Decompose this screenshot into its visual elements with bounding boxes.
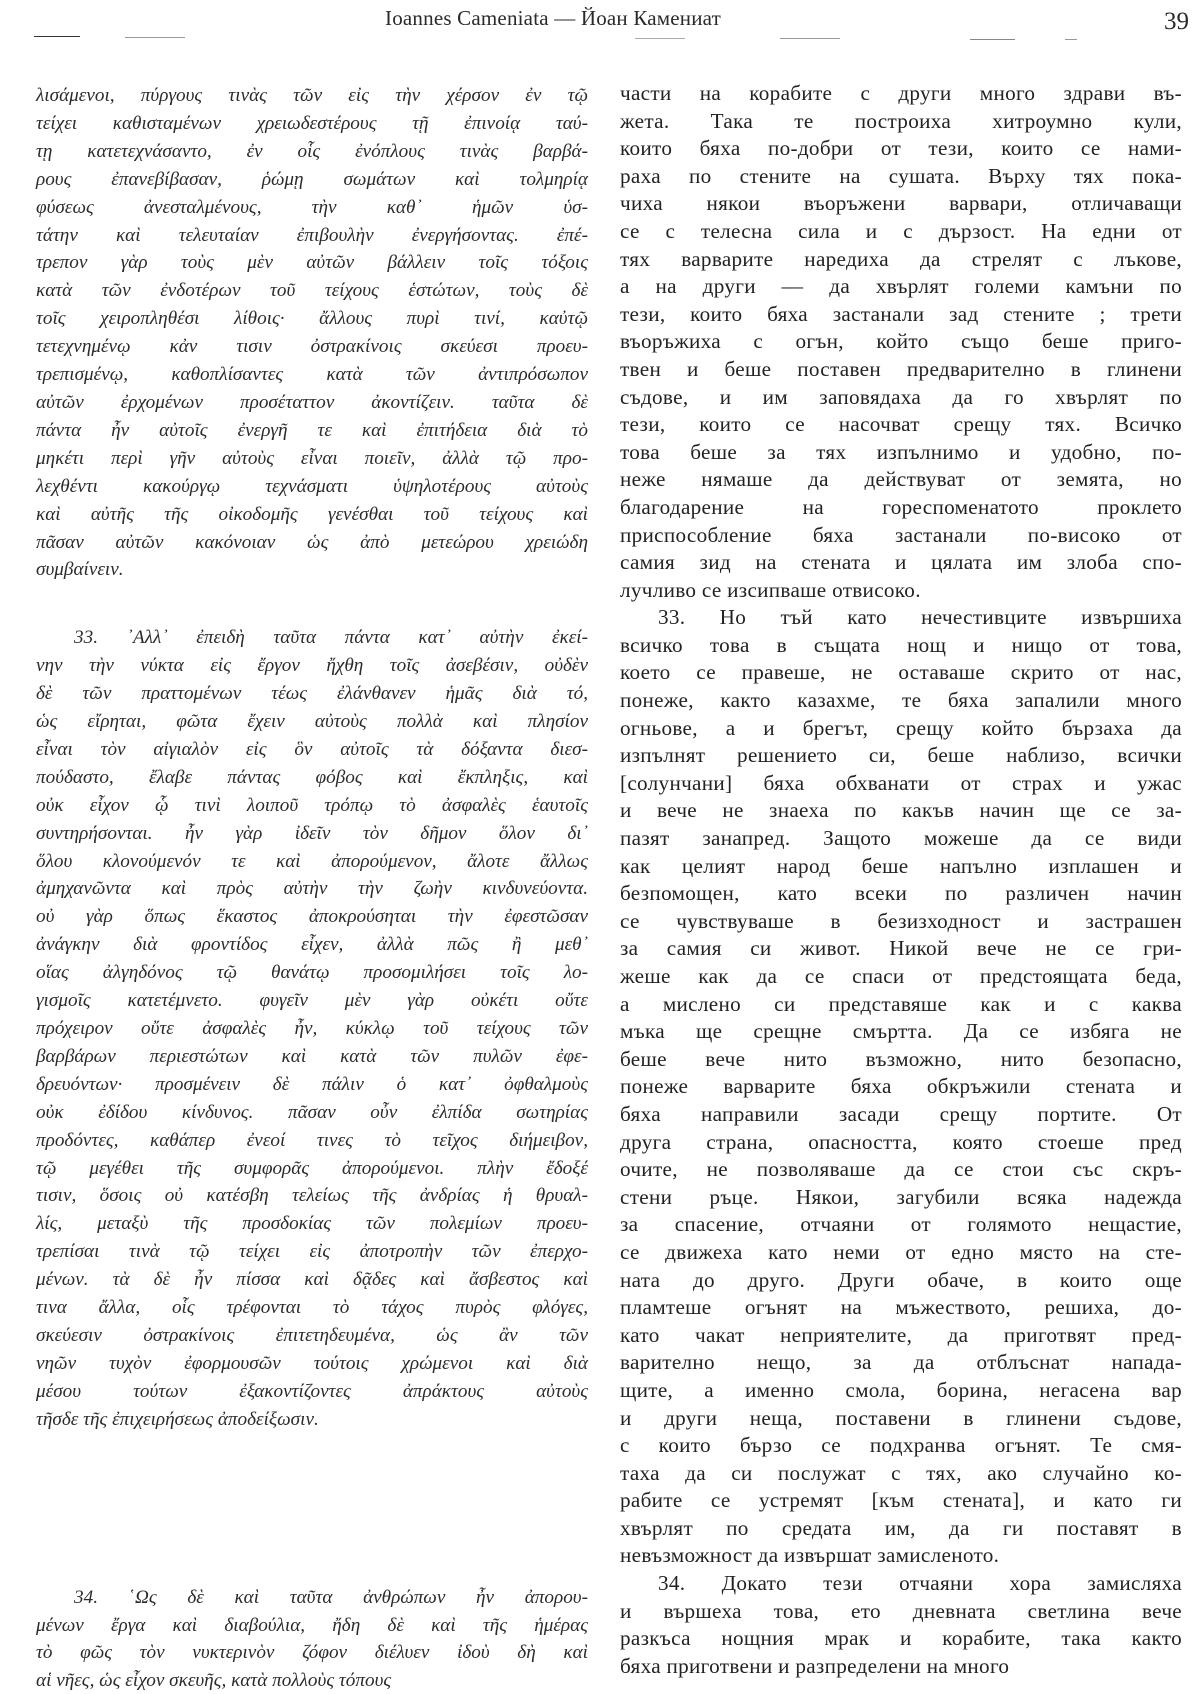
text-line: οἵας ἀλγηδόνος τῷ θανάτῳ προσομιλήσει το…: [36, 959, 588, 987]
text-line: αὐτῶν ἐρχομένων προσέταττον ἀκοντίζειν. …: [36, 389, 588, 417]
text-line: πρόχειρον οὔτε ἀσφαλὲς ἦν, κύκλῳ τοῦ τεί…: [36, 1015, 588, 1043]
greek-paragraph-34: 34. ῾Ως δὲ καὶ ταῦτα ἀνθρώπων ἦν ἀπορου-…: [36, 1584, 588, 1694]
text-line: бяха приготвени и разпределени на много: [620, 1653, 1182, 1681]
text-line: ἀνάγκην διὰ φροντίδος εἶχεν, ἀλλὰ πῶς ἢ …: [36, 931, 588, 959]
bulgarian-paragraph-continued: части на корабите с други много здрави в…: [620, 80, 1182, 604]
page-number: 39: [1164, 8, 1189, 36]
text-line: друга страна, опасността, която стоеше п…: [620, 1129, 1182, 1157]
text-line: благодарение на гореспоменатото проклето: [620, 494, 1182, 522]
text-line: ната до друго. Други обаче, в които още: [620, 1267, 1182, 1295]
text-line: раха по стените на сушата. Върху тях пок…: [620, 163, 1182, 191]
text-line: τὸ φῶς τὸν νυκτερινὸν ζόφον διέλυεν ἰδοὺ…: [36, 1639, 588, 1667]
text-line: τινα ἄλλα, οἷς τρέφονται τὸ τάχος πυρὸς …: [36, 1294, 588, 1322]
text-line: се чувствуваше в безизходност и застраше…: [620, 908, 1182, 936]
text-line: жеше как да се спаси от предстоящата бед…: [620, 963, 1182, 991]
text-line: οὐ γὰρ ὅπως ἕκαστος ἀποκρούσηται τὴν ἐφε…: [36, 903, 588, 931]
greek-paragraph-continued: λισάμενοι, πύργους τινὰς τῶν εἰς τὴν χέρ…: [36, 82, 588, 584]
text-line: таха да си послужат с тях, ако случайно …: [620, 1460, 1182, 1488]
text-line: понеже варварите бяха обкръжили стената …: [620, 1073, 1182, 1101]
text-line: λίς, μεταξὺ τῆς προσδοκίας τῶν πολεμίων …: [36, 1210, 588, 1238]
text-line: а на други –– да хвърлят големи камъни п…: [620, 273, 1182, 301]
text-line: λισάμενοι, πύργους τινὰς τῶν εἰς τὴν χέρ…: [36, 82, 588, 110]
text-line: рабите се устремят [към стената], и като…: [620, 1487, 1182, 1515]
text-line: εἶναι τὸν αἰγιαλὸν εἰς ὃν αὐτοῖς τὰ δόξα…: [36, 736, 588, 764]
text-line: за спасение, отчаяни от голямото нещасти…: [620, 1211, 1182, 1239]
text-line: συντηρήσονται. ἦν γὰρ ἰδεῖν τὸν δῆμον ὅλ…: [36, 820, 588, 848]
text-line: τρεπισμένῳ, καθοπλίσαντες κατὰ τῶν ἀντιπ…: [36, 361, 588, 389]
text-line: [солунчани] бяха обхванати от страх и уж…: [620, 770, 1182, 798]
bulgarian-text-column: части на корабите с други много здрави в…: [620, 80, 1182, 1680]
text-line: очите, не позволяваше да се стои със скр…: [620, 1156, 1182, 1184]
text-line: твен и беше поставен предварително в гли…: [620, 356, 1182, 384]
header-rule: [635, 38, 685, 39]
bulgarian-paragraph-33: 33. Но тъй като нечестивците извършихавс…: [620, 604, 1182, 1570]
text-line: въоръжиха с огън, който също беше приго-: [620, 328, 1182, 356]
header-rule: [970, 39, 1015, 40]
text-line: νηῶν τυχὸν ἐφορμουσῶν τούτοις χρώμενοι κ…: [36, 1350, 588, 1378]
text-line: τῆσδε τῆς ἐπιχειρήσεως ἀποδείξωσιν.: [36, 1406, 588, 1434]
text-line: всичко това в същата нощ и нищо от това,: [620, 632, 1182, 660]
text-line: мъка ще срещне смъртта. Да се избяга не: [620, 1018, 1182, 1046]
text-line: ὅλου κλονούμενόν τε καὶ ἀπορούμενον, ἄλο…: [36, 848, 588, 876]
text-line: αἱ νῆες, ὡς εἶχον σκευῆς, κατὰ πολλοὺς τ…: [36, 1667, 588, 1694]
text-line: πᾶσαν αὐτῶν κακόνοιαν ὡς ἀπὸ μετεώρου χρ…: [36, 529, 588, 557]
header-rule: [1065, 39, 1077, 40]
bulgarian-paragraph-34: 34. Докато тези отчаяни хора замисляхаи …: [620, 1570, 1182, 1680]
text-line: това беше за тях изпълнимо и удобно, по-: [620, 439, 1182, 467]
text-line: как целият народ беше напълно изплашен и: [620, 853, 1182, 881]
text-line: жета. Така те построиха хитроумно кули,: [620, 108, 1182, 136]
text-line: δρευόντων· προσμένειν δὲ πάλιν ὁ κατ᾽ ὀφ…: [36, 1071, 588, 1099]
header-rule: [34, 36, 80, 37]
text-line: лучливо се изсипваше отвисоко.: [620, 577, 1182, 605]
text-line: пазят занапред. Защото можеше да се види: [620, 825, 1182, 853]
text-line: варително нещо, за да отблъснат напада-: [620, 1349, 1182, 1377]
text-line: 34. ῾Ως δὲ καὶ ταῦτα ἀνθρώπων ἦν ἀπορου-: [36, 1584, 588, 1612]
text-line: μέσου τούτων ἐξακοντίζοντες ἀπράκτους αὐ…: [36, 1378, 588, 1406]
text-line: μένων. τὰ δὲ ἦν πίσσα καὶ δᾷδες καὶ ἄσβε…: [36, 1266, 588, 1294]
text-line: неже нямаше да действуват от земята, но: [620, 466, 1182, 494]
text-line: τείχει καθισταμένων χρειωδεστέρους τῇ ἐπ…: [36, 110, 588, 138]
text-line: τοῖς χειροπληθέσι λίθοις· ἄλλους πυρὶ τι…: [36, 305, 588, 333]
text-line: σκεύεσιν ὀστρακίνοις ἐπιτετηδευμένα, ὡς …: [36, 1322, 588, 1350]
text-line: невъзможност да извършат замисленото.: [620, 1542, 1182, 1570]
header-rule: [780, 38, 840, 39]
text-line: стени ръце. Някои, загубили всяка надежд…: [620, 1184, 1182, 1212]
text-line: 34. Докато тези отчаяни хора замисляха: [620, 1570, 1182, 1598]
text-line: προδόντες, καθάπερ ἐνεοί τινες τὸ τεῖχος…: [36, 1127, 588, 1155]
text-line: щите, а именно смола, борина, негасена в…: [620, 1377, 1182, 1405]
text-line: ρους ἐπανεβίβασαν, ῥώμῃ σωμάτων καὶ τολμ…: [36, 166, 588, 194]
text-line: съдове, и им заповядаха да го хвърлят по: [620, 384, 1182, 412]
text-line: τῃ κατετεχνάσαντο, ἐν οἷς ἐνόπλους τινὰς…: [36, 138, 588, 166]
text-line: βαρβάρων περιεστώτων καὶ κατὰ τῶν πυλῶν …: [36, 1043, 588, 1071]
text-line: части на корабите с други много здрави в…: [620, 80, 1182, 108]
page-header: Ioannes Cameniata — Йоан Камениат 39: [0, 0, 1200, 70]
text-line: τισιν, ὅσοις οὐ κατέσβη τελείως τῆς ἀνδρ…: [36, 1182, 588, 1210]
text-line: се с телесна сила и с дързост. На едни о…: [620, 218, 1182, 246]
text-line: συμβαίνειν.: [36, 556, 588, 584]
text-line: тези, които бяха застанали зад стените ;…: [620, 301, 1182, 329]
text-line: ὡς εἴρηται, φῶτα ἔχειν αὐτοὺς πολλὰ καὶ …: [36, 708, 588, 736]
text-line: οὐκ εἶχον ᾧ τινὶ λοιποῦ τρόπῳ τὸ ἀσφαλὲς…: [36, 792, 588, 820]
text-line: хвърлят по средата им, да ги поставят в: [620, 1515, 1182, 1543]
text-line: самия зид на стената и цялата им злоба с…: [620, 549, 1182, 577]
text-line: δὲ τῶν πραττομένων τέως ἐλάνθανεν ἡμᾶς δ…: [36, 680, 588, 708]
text-line: които бяха по-добри от тези, които се на…: [620, 135, 1182, 163]
text-line: и вече не знаеха по какъв начин ще се за…: [620, 797, 1182, 825]
text-line: като чакат неприятелите, да приготвят пр…: [620, 1322, 1182, 1350]
greek-paragraph-33: 33. ᾿Αλλ᾽ ἐπειδὴ ταῦτα πάντα κατ᾽ αὐτὴν …: [36, 624, 588, 1433]
text-line: беше вече нито възможно, нито безопасно,: [620, 1046, 1182, 1074]
text-line: чиха някои въоръжени варвари, отличаващи: [620, 190, 1182, 218]
text-line: λεχθέντι κακούργῳ τεχνάσματι ὑψηλοτέρους…: [36, 473, 588, 501]
text-line: τρεπον γὰρ τοὺς μὲν αὐτῶν βάλλειν τοῖς τ…: [36, 249, 588, 277]
text-line: разкъса нощния мрак и корабите, така как…: [620, 1625, 1182, 1653]
text-line: μένων ἔργα καὶ διαβούλια, ἤδη δὲ καὶ τῆς…: [36, 1612, 588, 1640]
text-line: πούδαστο, ἔλαβε πάντας φόβος καὶ ἔκπληξι…: [36, 764, 588, 792]
text-line: τετεχνημένῳ κἀν τισιν ὀστρακίνοις σκεύεσ…: [36, 333, 588, 361]
text-line: οὐκ ἐδίδου κίνδυνος. πᾶσαν οὖν ἐλπίδα σω…: [36, 1099, 588, 1127]
text-line: безпомощен, като всеки по различен начин: [620, 880, 1182, 908]
text-line: се движеха като неми от едно място на ст…: [620, 1239, 1182, 1267]
text-line: μηκέτι περὶ γῆν αὐτοὺς εἶναι ποιεῖν, ἀλλ…: [36, 445, 588, 473]
text-line: γισμοῖς κατετέμνετο. φυγεῖν μὲν γὰρ οὐκέ…: [36, 987, 588, 1015]
text-line: тези, които се насочват срещу тях. Всичк…: [620, 411, 1182, 439]
text-line: καὶ αὐτῆς τῆς οἰκοδομῆς γενέσθαι τοῦ τεί…: [36, 501, 588, 529]
text-line: 33. ᾿Αλλ᾽ ἐπειδὴ ταῦτα πάντα κατ᾽ αὐτὴν …: [36, 624, 588, 652]
text-line: 33. Но тъй като нечестивците извършиха: [620, 604, 1182, 632]
greek-text-column: λισάμενοι, πύργους τινὰς τῶν εἰς τὴν χέρ…: [36, 82, 588, 1694]
text-line: което се правеше, не оставаше скрито от …: [620, 659, 1182, 687]
text-line: за самия си живот. Никой вече не се гри-: [620, 935, 1182, 963]
text-line: бяха направили засади срещу портите. От: [620, 1101, 1182, 1129]
text-line: а мислено си представяше как и с каква: [620, 991, 1182, 1019]
text-line: понеже, както казахме, те бяха запалили …: [620, 687, 1182, 715]
text-line: тях варварите наредиха да стрелят с лъко…: [620, 246, 1182, 274]
text-line: φύσεως ἀνεσταλμένους, τὴν καθ᾽ ἡμῶν ὑσ-: [36, 194, 588, 222]
text-line: огньове, а и брегът, срещу който бързаха…: [620, 715, 1182, 743]
text-line: с които бързо се подхранва огънят. Те см…: [620, 1432, 1182, 1460]
text-line: τῷ μεγέθει τῆς συμφορᾶς ἀπορούμενοι. πλὴ…: [36, 1155, 588, 1183]
text-line: πάντα ἦν αὐτοῖς ἐνεργῆ τε καὶ ἐπιτήδεια …: [36, 417, 588, 445]
text-line: пламтеше огънят на мъжеството, решиха, д…: [620, 1294, 1182, 1322]
text-line: ἀμηχανῶντα καὶ πρὸς αὐτὴν τὴν ζωὴν κινδυ…: [36, 875, 588, 903]
text-line: и други неща, поставени в глинени съдове…: [620, 1405, 1182, 1433]
text-line: приспособление бяха застанали по-високо …: [620, 522, 1182, 550]
text-line: τάτην καὶ τελευταίαν ἐπιβουλὴν ἐνεργήσον…: [36, 222, 588, 250]
text-line: νην τὴν νύκτα εἰς ἔργον ἤχθη τοῖς ἀσεβέσ…: [36, 652, 588, 680]
text-line: τρεπίσαι τινὰ τῷ τείχει εἰς ἀποτροπὴν τῶ…: [36, 1238, 588, 1266]
header-rule: [125, 37, 185, 38]
text-line: изпълнят решението си, беше наблизо, вси…: [620, 742, 1182, 770]
text-line: κατὰ τῶν ἐνδοτέρων τοῦ τείχους ἑστώτων, …: [36, 277, 588, 305]
text-line: и вършеха това, ето дневната светлина ве…: [620, 1598, 1182, 1626]
running-title: Ioannes Cameniata — Йоан Камениат: [385, 6, 721, 31]
